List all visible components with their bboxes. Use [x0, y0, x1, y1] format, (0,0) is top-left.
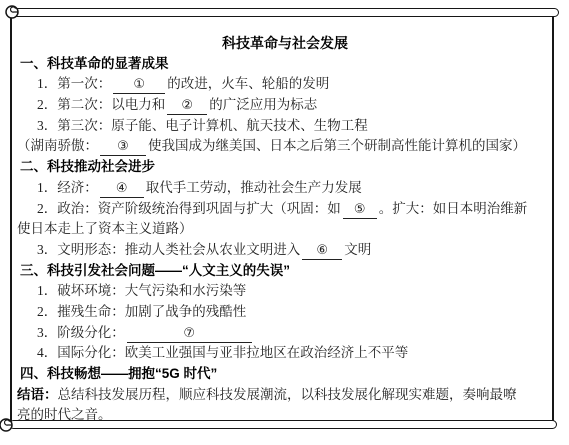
text-segment: 3．阶级分化： [37, 325, 125, 340]
text-segment: 使我国成为继美国、日本之后第三个研制高性能计算机的国家） [148, 138, 526, 153]
blank-field: ④ [100, 180, 144, 198]
text-segment: 二、科技推动社会进步 [20, 159, 155, 174]
text-line-item: 2．政治：资产阶级统治得到巩固与扩大（巩固：如⑤。扩大：如日本明治维新 [16, 199, 554, 220]
text-line-item: 3．阶级分化：⑦ [16, 323, 554, 344]
text-segment: 总结科技发展历程，顺应科技发展潮流，以科技发展化解现实难题，奏响最嘹 [58, 387, 517, 402]
text-segment: 文明 [344, 242, 371, 257]
document-content: 科技革命与社会发展 一、科技革命的显著成果1．第一次：①的改进，火车、轮船的发明… [16, 33, 554, 426]
scroll-left-border [10, 15, 12, 422]
scroll-top-bar [12, 8, 559, 17]
text-segment: （湖南骄傲： [17, 138, 98, 153]
text-line-item: 3．文明形态：推动人类社会从农业文明进入⑥文明 [16, 240, 554, 261]
text-segment: 2．摧残生命：加剧了战争的残酷性 [37, 304, 246, 319]
text-segment: 的改进，火车、轮船的发明 [167, 76, 329, 91]
text-segment: 四、科技畅想——拥抱“5G 时代” [20, 366, 217, 381]
text-segment: 的广泛应用为标志 [209, 97, 317, 112]
text-line-item: 2．摧残生命：加剧了战争的残酷性 [16, 302, 554, 323]
text-line-item: 1．经济：④取代手工劳动，推动社会生产力发展 [16, 178, 554, 199]
blank-field: ⑥ [302, 242, 342, 260]
text-segment: 2．政治：资产阶级统治得到巩固与扩大（巩固：如 [37, 201, 341, 216]
text-line-heading: 一、科技革命的显著成果 [16, 54, 554, 75]
text-segment: 1．第一次： [37, 76, 111, 91]
text-line-heading: 四、科技畅想——拥抱“5G 时代” [16, 364, 554, 385]
blank-field: ② [167, 97, 207, 115]
page-title: 科技革命与社会发展 [16, 33, 554, 54]
blank-field: ① [113, 76, 165, 94]
blank-field: ⑤ [343, 201, 377, 219]
text-line-heading: 三、科技引发社会问题——“人文主义的失误” [16, 261, 554, 282]
text-segment: 1．破坏环境：大气污染和水污染等 [37, 283, 246, 298]
text-segment: 2．第二次：以电力和 [37, 97, 165, 112]
text-segment: 3．第三次：原子能、电子计算机、航天技术、生物工程 [37, 118, 368, 133]
blank-field: ⑦ [127, 325, 252, 343]
text-line-item: 3．第三次：原子能、电子计算机、航天技术、生物工程 [16, 116, 554, 137]
scroll-curl-bottom-icon [0, 417, 14, 433]
text-segment: 一、科技革命的显著成果 [20, 56, 169, 71]
text-line-heading: 二、科技推动社会进步 [16, 157, 554, 178]
text-segment: 取代手工劳动，推动社会生产力发展 [146, 180, 362, 195]
text-segment: 三、科技引发社会问题——“人文主义的失误” [20, 263, 290, 278]
text-line-note: 亮的时代之音。 [16, 405, 554, 426]
text-segment: 亮的时代之音。 [17, 407, 112, 422]
worksheet-page: 科技革命与社会发展 一、科技革命的显著成果1．第一次：①的改进，火车、轮船的发明… [0, 0, 569, 445]
text-segment: 4．国际分化：欧美工业强国与亚非拉地区在政治经济上不平等 [37, 345, 408, 360]
text-segment: 3．文明形态：推动人类社会从农业文明进入 [37, 242, 300, 257]
text-segment: 1．经济： [37, 180, 98, 195]
text-segment: 结语： [17, 387, 58, 402]
text-line-item: 4．国际分化：欧美工业强国与亚非拉地区在政治经济上不平等 [16, 343, 554, 364]
text-line-item: 1．第一次：①的改进，火车、轮船的发明 [16, 74, 554, 95]
text-line-note: 结语：总结科技发展历程，顺应科技发展潮流，以科技发展化解现实难题，奏响最嘹 [16, 385, 554, 406]
text-line-cont: （湖南骄傲：③使我国成为继美国、日本之后第三个研制高性能计算机的国家） [16, 136, 554, 157]
text-line-cont: 使日本走上了资本主义道路） [16, 219, 554, 240]
scroll-curl-top-icon [4, 4, 20, 20]
text-line-item: 2．第二次：以电力和②的广泛应用为标志 [16, 95, 554, 116]
text-line-item: 1．破坏环境：大气污染和水污染等 [16, 281, 554, 302]
blank-field: ③ [100, 138, 146, 156]
text-segment: 。扩大：如日本明治维新 [379, 201, 528, 216]
text-segment: 使日本走上了资本主义道路） [17, 221, 193, 236]
document-lines: 一、科技革命的显著成果1．第一次：①的改进，火车、轮船的发明2．第二次：以电力和… [16, 54, 554, 426]
